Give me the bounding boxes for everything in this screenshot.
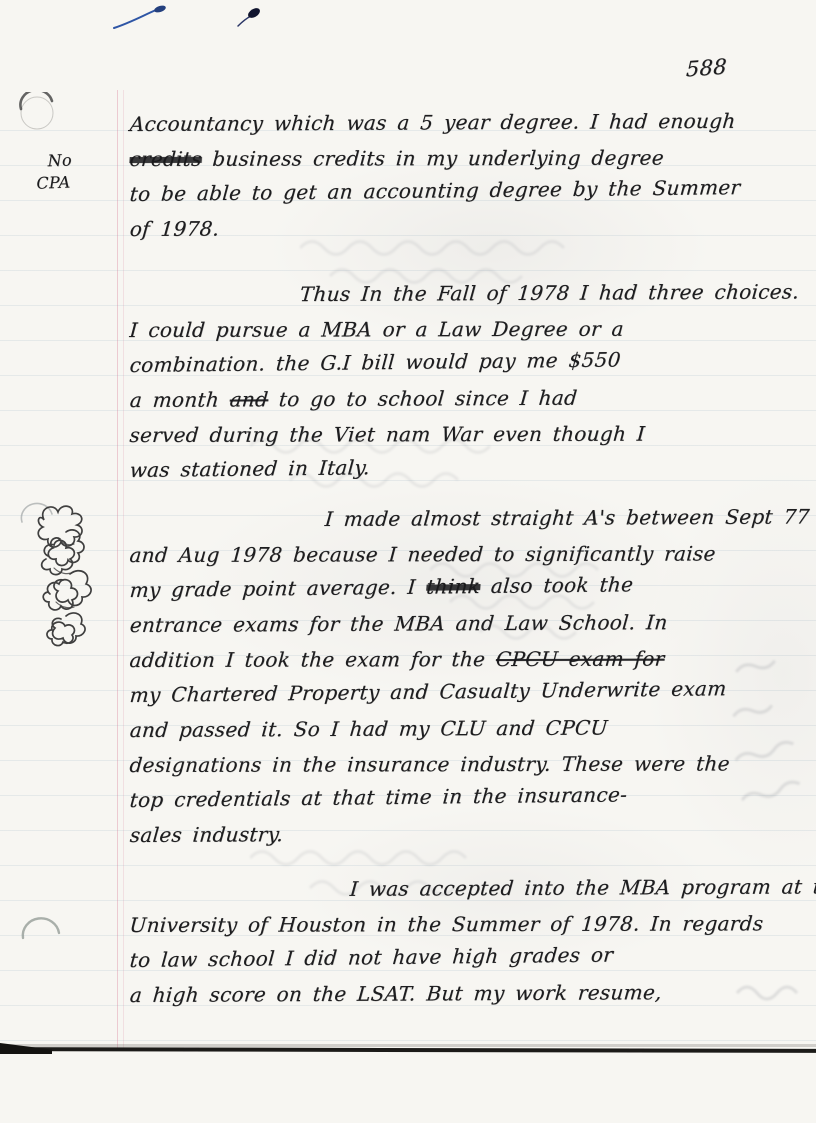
margin-note: No CPA xyxy=(39,149,73,194)
margin-note-line2: CPA xyxy=(36,171,73,194)
handwritten-line: was stationed in Italy. xyxy=(128,450,801,493)
text-segment: to go to school since I had xyxy=(267,386,578,412)
handwritten-line: of 1978. xyxy=(128,213,801,252)
handwritten-line: sales industry. xyxy=(128,819,801,858)
margin-note-line1: No xyxy=(39,149,72,172)
handwritten-line: Thus In the Fall of 1978 I had three cho… xyxy=(128,279,801,318)
handwritten-line: I made almost straight A's between Sept … xyxy=(128,504,801,543)
margin-rule-line xyxy=(117,90,118,1048)
text-segment: combination. the G.I bill would pay me $… xyxy=(129,347,622,377)
text-segment: to law school I did not have high grades… xyxy=(129,943,614,972)
scan-edge-line xyxy=(0,1047,816,1053)
struck-text: CPCU exam for xyxy=(495,647,665,671)
paragraph-2: Thus In the Fall of 1978 I had three cho… xyxy=(128,283,798,493)
text-segment: of 1978. xyxy=(129,217,220,241)
document-page: 588 No CPA Accountancy which was a 5 yea… xyxy=(0,0,816,1123)
text-segment: I could pursue a MBA or a Law Degree or … xyxy=(129,317,625,342)
paragraph-3: I made almost straight A's between Sept … xyxy=(128,508,798,858)
handwritten-line: combination. the G.I bill would pay me $… xyxy=(128,345,801,388)
handwritten-line: I was accepted into the MBA program at t… xyxy=(128,874,801,913)
margin-rule-line-2 xyxy=(123,90,124,1048)
text-segment: a high score on the LSAT. But my work re… xyxy=(129,980,663,1007)
text-segment: a month xyxy=(129,387,231,412)
handwritten-line: a high score on the LSAT. But my work re… xyxy=(128,979,801,1018)
handwritten-line: my grade point average. I think also too… xyxy=(128,570,801,613)
text-segment: Thus In the Fall of 1978 I had three cho… xyxy=(299,279,800,306)
struck-text: credits xyxy=(129,147,203,171)
handwritten-line: entrance exams for the MBA and Law Schoo… xyxy=(128,609,801,648)
ink-doodle xyxy=(14,498,114,653)
text-segment: addition I took the exam for the xyxy=(129,647,497,672)
text-segment: designations in the insurance industry. … xyxy=(129,751,731,777)
text-segment: I was accepted into the MBA program at t… xyxy=(349,874,816,901)
text-segment: and Aug 1978 because I needed to signifi… xyxy=(129,541,717,567)
page-number: 588 xyxy=(686,55,728,82)
text-segment: top credentials at that time in the insu… xyxy=(129,782,628,812)
hole-punch-top xyxy=(16,92,60,134)
handwritten-line: top credentials at that time in the insu… xyxy=(128,780,801,823)
text-segment: was stationed in Italy. xyxy=(129,455,371,482)
text-segment: entrance exams for the MBA and Law Schoo… xyxy=(129,610,669,637)
paragraph-4: I was accepted into the MBA program at t… xyxy=(128,878,798,1018)
handwritten-line: a month and to go to school since I had xyxy=(128,384,801,423)
text-segment: Accountancy which was a 5 year degree. I… xyxy=(129,109,737,136)
handwritten-line: and passed it. So I had my CLU and CPCU xyxy=(128,714,801,753)
struck-text: think xyxy=(425,574,481,599)
handwritten-line: to law school I did not have high grades… xyxy=(128,940,801,983)
text-segment: University of Houston in the Summer of 1… xyxy=(129,911,764,937)
handwritten-line: my Chartered Property and Casualty Under… xyxy=(128,675,801,718)
paragraph-1: Accountancy which was a 5 year degree. I… xyxy=(128,112,798,252)
hole-punch-bottom xyxy=(18,908,66,954)
text-segment: business credits in my underlying degree xyxy=(201,146,665,171)
text-segment: also took the xyxy=(479,572,634,598)
pen-mark-blue-swoosh xyxy=(110,2,280,36)
handwritten-line: to be able to get an accounting degree b… xyxy=(128,174,801,217)
text-segment: I made almost straight A's between Sept … xyxy=(324,504,811,531)
text-segment: sales industry. xyxy=(129,822,284,847)
struck-text: and xyxy=(229,387,270,411)
text-segment: and passed it. So I had my CLU and CPCU xyxy=(129,715,609,742)
text-segment: my grade point average. I xyxy=(129,575,427,602)
handwritten-line: Accountancy which was a 5 year degree. I… xyxy=(128,108,801,147)
text-segment: served during the Viet nam War even thou… xyxy=(129,422,646,447)
